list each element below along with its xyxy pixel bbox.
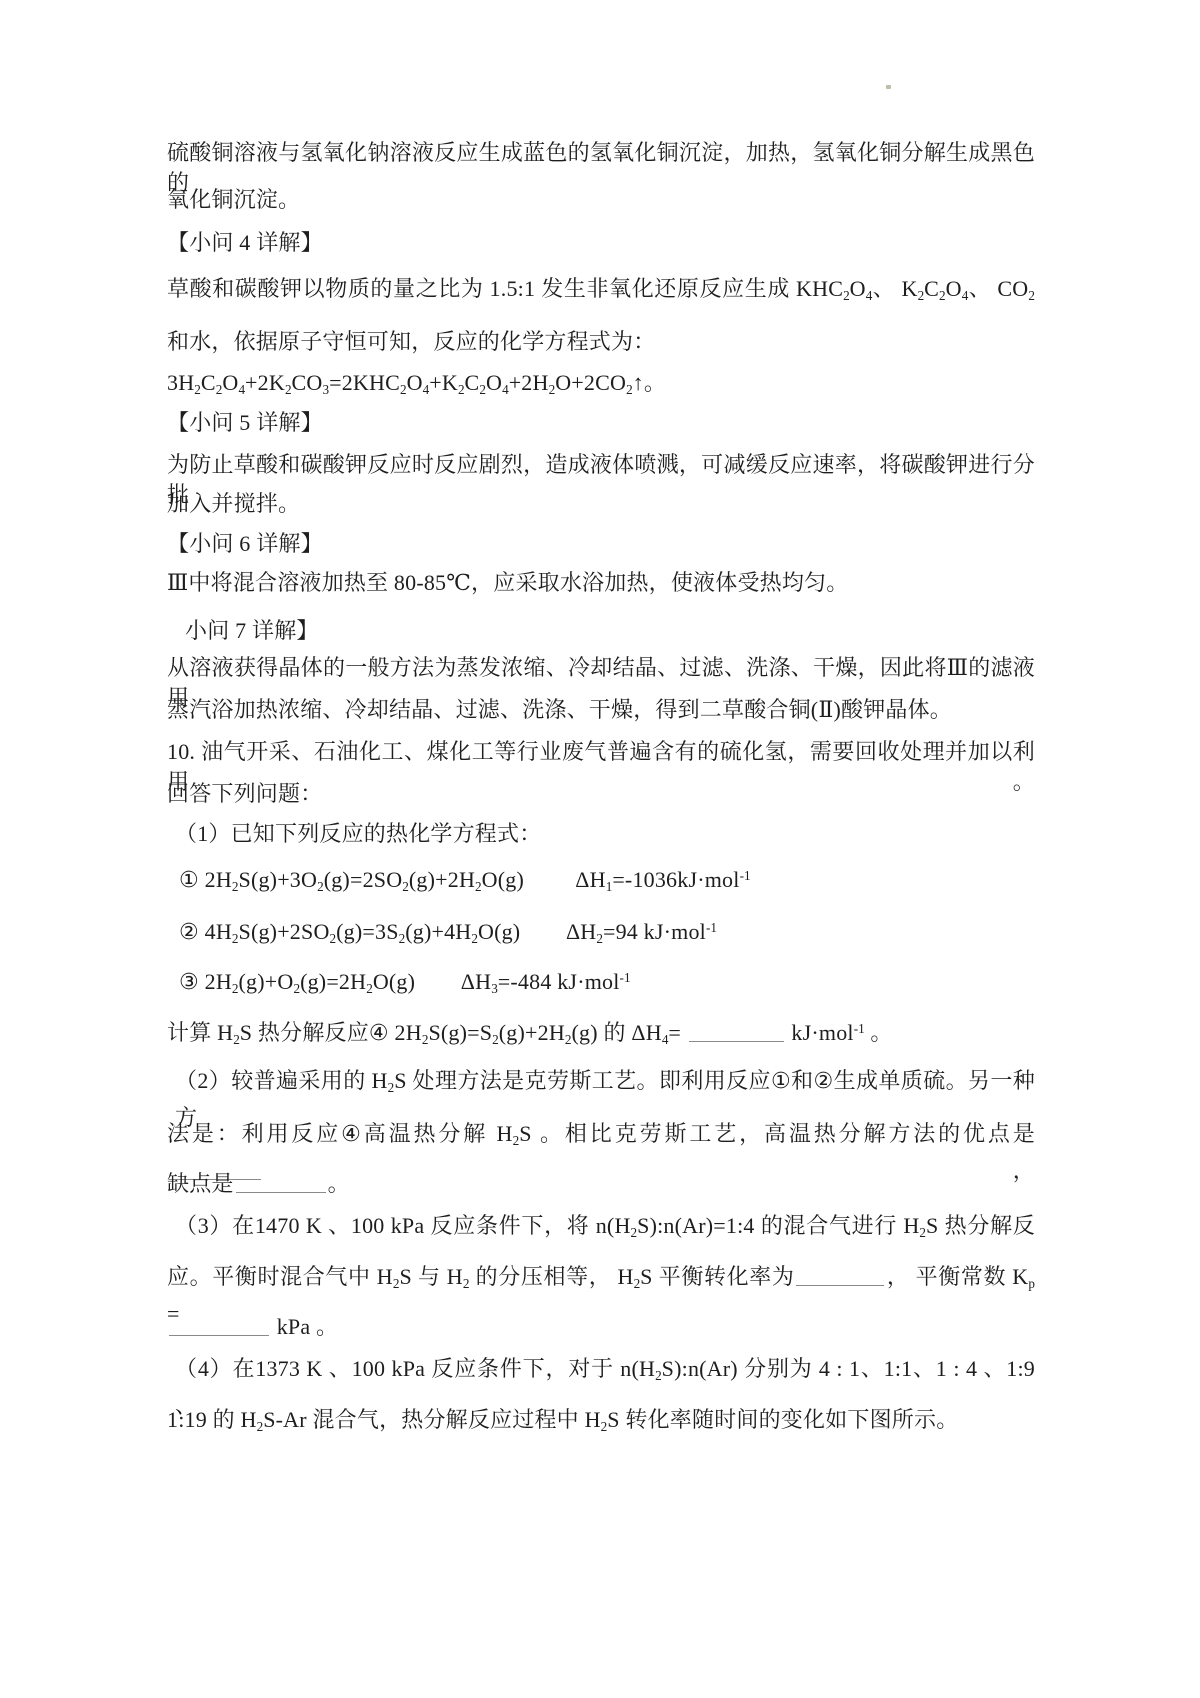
text-run: 【小问 4 详解】 [167,230,323,255]
subscript: 2 [317,879,324,894]
subscript: 2 [626,382,633,397]
text-run: O [486,370,502,395]
text-run: (g)+4H [405,919,471,944]
text-line: 加入并搅拌。 [167,489,1035,519]
text-run: (g)+2H [499,1020,565,1045]
text-line: Ⅲ中将混合溶液加热至 80-85℃，应采取水浴加热，使液体受热均匀。 [167,568,1035,598]
text-run: S):n(Ar)=1:4 的混合气进行 H [637,1213,919,1238]
text-run: 。 [865,1020,893,1045]
text-run: 缺点是 [167,1171,234,1196]
text-line: 蒸汽浴加热浓缩、冷却结晶、过滤、洗涤、干燥，得到二草酸合铜(Ⅱ)酸钾晶体。 [167,695,1035,725]
subscript: 2 [194,382,201,397]
subscript: 2 [366,981,373,996]
text-run [415,969,461,994]
text-run: =2KHC [329,370,400,395]
text-run: （1）已知下列反应的热化学方程式： [175,821,541,846]
text-run: C [465,370,480,395]
text-run: +K [429,370,458,395]
text-run: (g)+2H [409,867,475,892]
text-run: CO [292,370,323,395]
text-run: S-Ar 混合气，热分解反应过程中 H [263,1407,600,1432]
text-run: kPa 。 [271,1314,338,1339]
text-run: 草酸和碳酸钾以物质的量之比为 1.5:1 发生非氧化还原反应生成 KHC [167,276,843,301]
text-run: (g)+O [239,969,294,994]
subscript: 2 [1028,288,1035,303]
text-run: S(g)+3O [239,867,318,892]
subscript: 2 [232,981,239,996]
subscript: 2 [232,879,239,894]
text-run: 3H [167,370,194,395]
text-run: 加入并搅拌。 [167,491,300,516]
text-run: S(g)+2SO [239,919,330,944]
text-run: 蒸汽浴加热浓缩、冷却结晶、过滤、洗涤、干燥，得到二草酸合铜(Ⅱ)酸钾晶体。 [167,697,952,722]
text-line: 草酸和碳酸钾以物质的量之比为 1.5:1 发生非氧化还原反应生成 KHC2O4、… [167,274,1035,311]
text-run: =-484 kJ·mol [498,969,620,994]
text-line: 【小问 4 详解】 [167,228,1035,258]
text-run: ， 平衡常数 K [886,1264,1028,1289]
superscript: -1 [740,868,751,883]
text-run [524,867,575,892]
text-run: +2K [245,370,285,395]
text-run [520,919,566,944]
text-run: C [924,276,939,301]
text-line: 氧化铜沉淀。 [167,185,1035,215]
text-run: O [407,370,423,395]
subscript: 2 [843,288,850,303]
text-run: 小问 7 详解】 [185,618,319,643]
text-run: kJ·mol [786,1020,854,1045]
text-run: 氧化铜沉淀。 [167,187,300,212]
text-run: ↑。 [633,370,666,395]
answer-blank [236,1171,326,1193]
text-run: ΔH [575,867,605,892]
text-run: S 与 H [399,1264,462,1289]
superscript: -1 [620,970,631,985]
text-run: O(g) [478,919,520,944]
text-run: O(g) [482,867,524,892]
text-run: 法是：利用反应④高温热分解 H [167,1121,513,1146]
text-run: 【小问 5 详解】 [167,410,323,435]
subscript: 2 [919,1225,926,1240]
text-line: ② 4H2S(g)+2SO2(g)=3S2(g)+4H2O(g) ΔH2=94 … [179,913,1035,954]
text-run: ③ 2H [179,969,232,994]
answer-blank [689,1020,784,1042]
text-run: C [201,370,216,395]
subscript: 2 [400,382,407,397]
text-line: 3H2C2O4+2K2CO3=2KHC2O4+K2C2O4+2H2O+2CO2↑… [167,368,1035,405]
text-run: =94 kJ·mol [603,919,706,944]
subscript: 2 [596,931,603,946]
subscript: 2 [233,1032,240,1047]
text-run: 应。平衡时混合气中 H [167,1264,393,1289]
text-line: kPa 。 [167,1312,1035,1342]
text-run: (g) 的 ΔH [572,1020,662,1045]
subscript: p [1028,1276,1035,1291]
text-run: S 热分解反应④ 2H [240,1020,422,1045]
text-run: 、 CO [968,276,1028,301]
scan-artifact-speck [886,85,891,89]
superscript: -1 [706,920,717,935]
text-run: S 平衡转化率为 [640,1264,794,1289]
text-run: 1:19 的 H [167,1407,257,1432]
text-run: S(g)=S [428,1020,492,1045]
text-run: O [222,370,238,395]
subscript: 2 [475,879,482,894]
text-run: O [946,276,962,301]
text-run: ② 4H [179,919,232,944]
text-run: ΔH [461,969,491,994]
text-run: ① 2H [179,867,232,892]
text-run: = [668,1020,686,1045]
text-run: (g)=2SO [324,867,403,892]
text-line: 1:19 的 H2S-Ar 混合气，热分解反应过程中 H2S 转化率随时间的变化… [167,1405,1035,1442]
subscript: 2 [939,288,946,303]
text-line: 【小问 5 详解】 [167,408,1035,438]
subscript: 3 [491,981,498,996]
text-run: S 转化率随时间的变化如下图所示。 [607,1407,958,1432]
text-line: 【小问 6 详解】 [167,529,1035,559]
text-run: 和水，依据原子守恒可知，反应的化学方程式为： [167,329,655,354]
subscript: 2 [285,382,292,397]
text-run: O(g) [373,969,415,994]
subscript: 2 [565,1032,572,1047]
text-run: 回答下列问题： [167,781,322,806]
text-run: S 热分解反 [926,1213,1035,1238]
text-run: O [850,276,866,301]
text-line: （3）在1470 K 、100 kPa 反应条件下，将 n(H2S):n(Ar)… [175,1211,1035,1248]
text-run: 计算 H [167,1020,233,1045]
answer-blank [169,1314,269,1336]
text-run: （3）在1470 K 、100 kPa 反应条件下，将 n(H [175,1213,631,1238]
text-run: ΔH [566,919,596,944]
subscript: 2 [471,931,478,946]
subscript: 2 [655,1368,662,1383]
text-line: ③ 2H2(g)+O2(g)=2H2O(g) ΔH3=-484 kJ·mol-1 [179,963,1035,1004]
text-line: （1）已知下列反应的热化学方程式： [175,819,1035,849]
text-line: 缺点是。 [167,1169,1035,1199]
text-line: 回答下列问题： [167,779,1035,809]
text-line: 和水，依据原子守恒可知，反应的化学方程式为： [167,327,1035,357]
text-line: 小问 7 详解】 [185,616,1035,646]
text-run: (g)=2H [300,969,366,994]
text-run: 的分压相等， H [469,1264,633,1289]
text-run: +2H [509,370,549,395]
document-page: 硫酸铜溶液与氢氧化钠溶液反应生成蓝色的氢氧化铜沉淀，加热，氢氧化铜分解生成黑色的… [0,0,1200,1698]
text-run: O+2CO [555,370,626,395]
subscript: 2 [492,1032,499,1047]
text-run: Ⅲ中将混合溶液加热至 80-85℃，应采取水浴加热，使液体受热均匀。 [167,570,848,595]
answer-blank [796,1264,884,1286]
text-line: 计算 H2S 热分解反应④ 2H2S(g)=S2(g)+2H2(g) 的 ΔH4… [167,1014,1035,1055]
subscript: 2 [402,879,409,894]
text-run: =-1036kJ·mol [612,867,739,892]
text-run: (g)=3S [336,919,399,944]
text-run: 。 [328,1171,350,1196]
text-run: 、 K [872,276,917,301]
superscript: -1 [854,1021,865,1036]
subscript: 2 [458,382,465,397]
text-line: ① 2H2S(g)+3O2(g)=2SO2(g)+2H2O(g) ΔH1=-10… [179,861,1035,902]
text-run: （2）较普遍采用的 H [175,1068,388,1093]
text-run: S 。相比克劳斯工艺，高温热分解方法的优点是 [519,1121,1035,1146]
text-run: 【小问 6 详解】 [167,531,323,556]
subscript: 2 [232,931,239,946]
text-run: （4）在1373 K 、100 kPa 反应条件下，对于 n(H [175,1356,655,1381]
subscript: 4 [502,382,509,397]
